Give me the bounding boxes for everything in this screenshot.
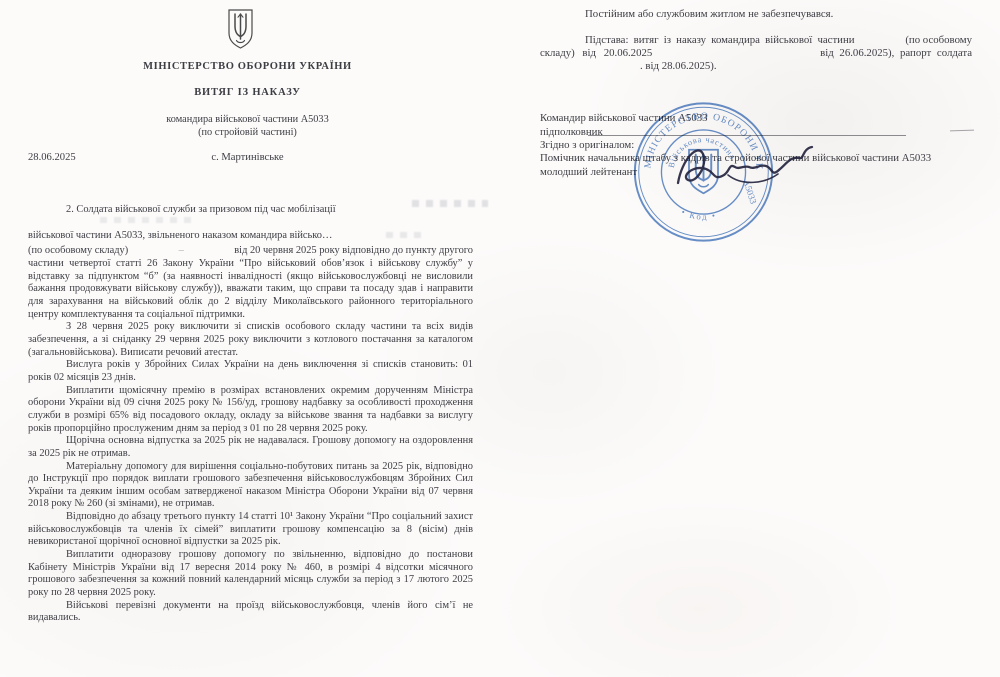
order-paragraph: Матеріальну допомогу для вирішення соціа… bbox=[28, 461, 473, 512]
order-paragraph: Виплатити щомісячну премію в розмірах вс… bbox=[28, 385, 473, 436]
order-staff-line: (по особовому складу) – від 20 червня 20… bbox=[28, 245, 473, 258]
housing-statement: Постійним або службовим житлом не забезп… bbox=[540, 8, 972, 21]
document-page-1: МІНІСТЕРСТВО ОБОРОНИ УКРАЇНИ ВИТЯГ ІЗ НА… bbox=[0, 0, 500, 677]
staff-line-left: (по особовому складу) bbox=[28, 245, 128, 258]
order-paragraph: З 28 червня 2025 року виключити зі списк… bbox=[28, 321, 473, 359]
certification-label: Згідно з оригіналом: bbox=[540, 139, 634, 151]
order-paragraph: Військові перевізні документи на проїзд … bbox=[28, 600, 473, 625]
redaction-dash: – bbox=[179, 245, 184, 258]
ukraine-trident-emblem-icon bbox=[227, 9, 254, 49]
document-title: ВИТЯГ ІЗ НАКАЗУ bbox=[0, 87, 495, 98]
redaction-mark bbox=[100, 217, 192, 223]
assistant-rank: молодший лейтенант bbox=[540, 166, 637, 178]
order-body: частини четвертої статті 26 Закону Украї… bbox=[28, 258, 473, 625]
handwritten-signature bbox=[672, 137, 820, 197]
svg-text:• Код •: • Код • bbox=[680, 207, 718, 222]
order-paragraph: Виплатити одноразову грошову допомогу по… bbox=[28, 549, 473, 600]
basis-line-3: . від 28.06.2025). bbox=[640, 60, 972, 73]
order-place: с. Мартинівське bbox=[0, 152, 495, 163]
order-unit-line: військової частини А5033, звільненого на… bbox=[28, 230, 473, 243]
basis-line-2-left: складу) від 20.06.2025 bbox=[540, 47, 652, 60]
redacted-name-dash bbox=[950, 130, 974, 132]
ministry-name: МІНІСТЕРСТВО ОБОРОНИ УКРАЇНИ bbox=[0, 61, 495, 72]
document-page-2: Постійним або службовим житлом не забезп… bbox=[500, 0, 1000, 677]
stamp-ring-bottom-text: • Код • bbox=[680, 207, 718, 222]
issuer-line: командира військової частини А5033 bbox=[0, 114, 495, 125]
basis-line-2-right: від 26.06.2025), рапорт солдата bbox=[820, 47, 972, 60]
staff-line-right: від 20 червня 2025 року відповідно до пу… bbox=[234, 245, 473, 258]
basis-line-1: Підстава: витяг із наказу командира війс… bbox=[540, 34, 972, 47]
order-paragraph: Вислуга років у Збройних Силах України н… bbox=[28, 359, 473, 384]
basis-line-1-right: (по особовому bbox=[905, 34, 972, 47]
basis-paragraph: Підстава: витяг із наказу командира війс… bbox=[540, 34, 972, 72]
commander-rank: підполковник bbox=[540, 126, 603, 138]
basis-line-1-left: Підстава: витяг із наказу командира війс… bbox=[540, 34, 855, 47]
order-paragraph: Щорічна основна відпустка за 2025 рік не… bbox=[28, 435, 473, 460]
basis-line-2: складу) від 20.06.2025 від 26.06.2025), … bbox=[540, 47, 972, 60]
issuer-sub-line: (по стройовій частині) bbox=[0, 127, 495, 138]
order-intro-line: 2. Солдата військової служби за призовом… bbox=[28, 204, 473, 217]
order-paragraph: Відповідно до абзацу третього пункту 14 … bbox=[28, 511, 473, 549]
order-paragraph: частини четвертої статті 26 Закону Украї… bbox=[28, 258, 473, 321]
